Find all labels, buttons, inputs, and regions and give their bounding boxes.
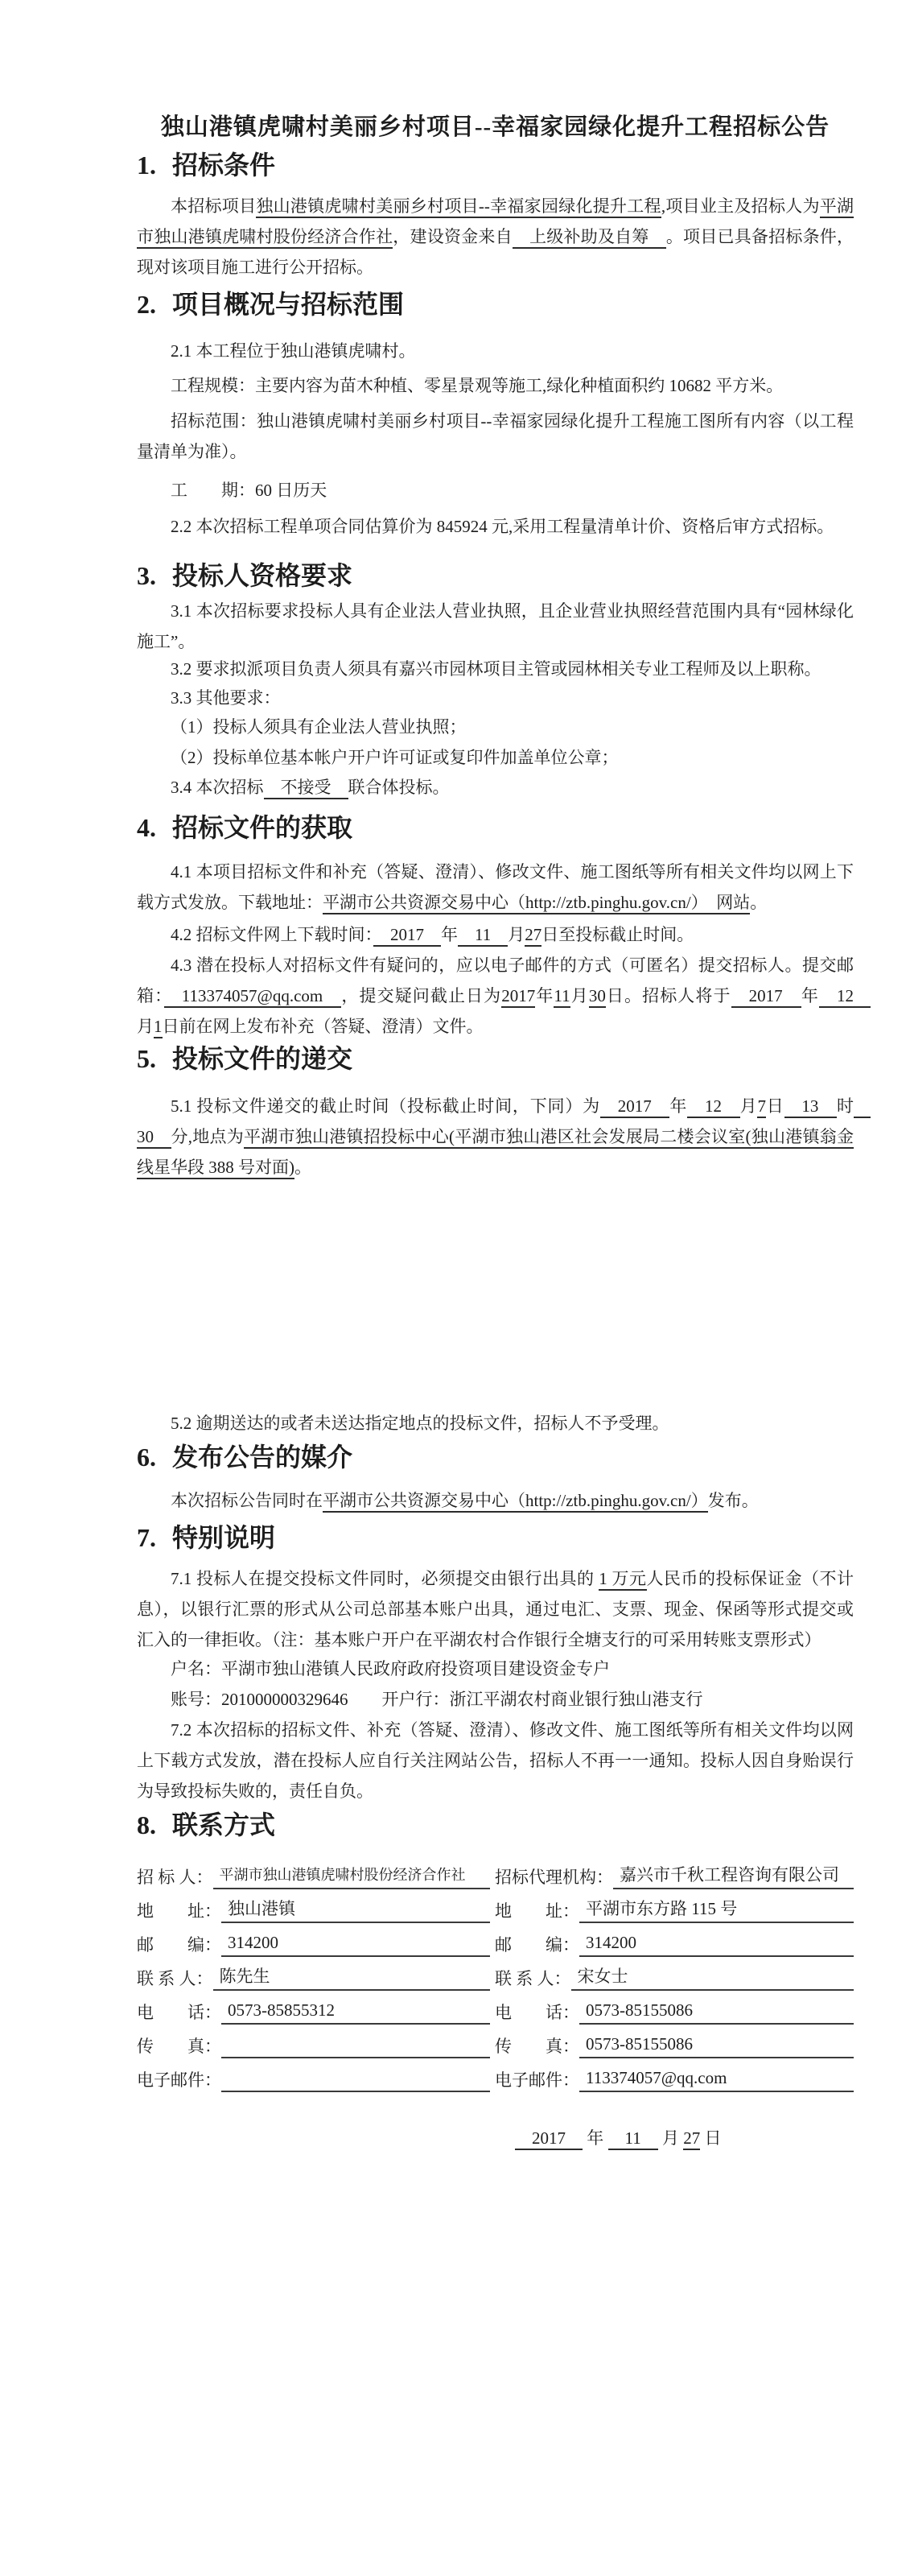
tenderer-fax-label: 传 真：	[137, 2034, 221, 2058]
section-6-title: 发布公告的媒介	[172, 1443, 352, 1472]
agency-person-cell: 联 系 人： 宋女士	[495, 1964, 854, 1991]
section-7-title: 特别说明	[172, 1523, 275, 1552]
para-tender-scope: 招标范围：独山港镇虎啸村美丽乡村项目--幸福家园绿化提升工程施工图所有内容（以工…	[137, 406, 854, 467]
tenderer-phone-value: 0573-85855312	[221, 1998, 490, 2025]
tenderer-fax-value	[221, 2056, 490, 2058]
announcement-date: 2017 年 11 月 27 日	[515, 2123, 721, 2153]
tenderer-postcode-cell: 邮 编： 314200	[137, 1930, 495, 1957]
tenderer-value: 平湖市独山港镇虎啸村股份经济合作社	[213, 1863, 491, 1889]
para-late-bids: 5.2 逾期送达的或者未送达指定地点的投标文件，招标人不予受理。	[137, 1408, 854, 1439]
section-2-number: 2.	[137, 287, 156, 321]
para-other-requirements: 3.3 其他要求：	[137, 683, 854, 713]
section-8-number: 8.	[137, 1808, 156, 1842]
doc-title: 独山港镇虎啸村美丽乡村项目--幸福家园绿化提升工程招标公告	[137, 112, 854, 142]
para-qualification-license: 3.1 本次招标要求投标人具有企业法人营业执照，且企业营业执照经营范围内具有“园…	[137, 596, 854, 657]
section-4-number: 4.	[137, 811, 156, 844]
tenderer-address-label: 地 址：	[137, 1899, 221, 1923]
agency-cell: 招标代理机构： 嘉兴市千秋工程咨询有限公司	[495, 1863, 854, 1889]
section-8-title: 联系方式	[172, 1810, 275, 1839]
para-requirement-1: （1）投标人须具有企业法人营业执照；	[137, 712, 854, 742]
contact-row-postcode: 邮 编： 314200 邮 编： 314200	[137, 1923, 854, 1957]
section-4-heading: 4.招标文件的获取	[137, 811, 854, 844]
contact-row-address: 地 址： 独山港镇 地 址： 平湖市东方路 115 号	[137, 1889, 854, 1923]
tenderer-postcode-label: 邮 编：	[137, 1933, 221, 1957]
agency-phone-value: 0573-85155086	[579, 1998, 854, 2025]
section-5-heading: 5.投标文件的递交	[137, 1042, 854, 1075]
section-1-number: 1.	[137, 148, 156, 182]
section-5-number: 5.	[137, 1042, 156, 1075]
agency-value: 嘉兴市千秋工程咨询有限公司	[613, 1863, 854, 1889]
tenderer-email-label: 电子邮件：	[137, 2068, 221, 2092]
agency-email-label: 电子邮件：	[495, 2068, 579, 2092]
agency-person-label: 联 系 人：	[495, 1967, 571, 1991]
section-5-title: 投标文件的递交	[172, 1044, 352, 1073]
tenderer-address-value: 独山港镇	[221, 1897, 490, 1923]
tenderer-fax-cell: 传 真：	[137, 2034, 495, 2058]
para-bid-bond: 7.1 投标人在提交投标文件同时，必须提交由银行出具的 1 万元人民币的投标保证…	[137, 1563, 854, 1655]
agency-person-value: 宋女士	[571, 1964, 854, 1991]
agency-fax-label: 传 真：	[495, 2034, 579, 2058]
tenderer-person-cell: 联 系 人： 陈先生	[137, 1964, 495, 1991]
section-6-number: 6.	[137, 1440, 156, 1474]
contact-table: 招 标 人： 平湖市独山港镇虎啸村股份经济合作社 招标代理机构： 嘉兴市千秋工程…	[137, 1856, 854, 2092]
section-4-title: 招标文件的获取	[172, 813, 352, 842]
tenderer-person-value: 陈先生	[213, 1964, 491, 1991]
para-no-consortium: 3.4 本次招标 不接受 联合体投标。	[137, 772, 854, 803]
section-1-heading: 1.招标条件	[137, 148, 854, 182]
tenderer-phone-cell: 电 话： 0573-85855312	[137, 1998, 495, 2025]
para-contract-estimate: 2.2 本次招标工程单项合同估算价为 845924 元,采用工程量清单计价、资格…	[137, 511, 854, 542]
tenderer-person-label: 联 系 人：	[137, 1967, 213, 1991]
para-account-number: 账号：201000000329646 开户行：浙江平湖农村商业银行独山港支行	[137, 1684, 854, 1715]
tenderer-address-cell: 地 址： 独山港镇	[137, 1897, 495, 1923]
agency-address-cell: 地 址： 平湖市东方路 115 号	[495, 1897, 854, 1923]
agency-fax-value: 0573-85155086	[579, 2032, 854, 2058]
tenderer-cell: 招 标 人： 平湖市独山港镇虎啸村股份经济合作社	[137, 1863, 495, 1889]
section-3-title: 投标人资格要求	[172, 561, 352, 590]
para-announcement-media: 本次招标公告同时在平湖市公共资源交易中心（http://ztb.pinghu.g…	[137, 1485, 854, 1516]
section-1-title: 招标条件	[172, 151, 275, 180]
agency-postcode-cell: 邮 编： 314200	[495, 1930, 854, 1957]
para-bid-deadline: 5.1 投标文件递交的截止时间（投标截止时间，下同）为 2017 年 12 月7…	[137, 1091, 854, 1183]
section-8-heading: 8.联系方式	[137, 1808, 854, 1842]
agency-phone-cell: 电 话： 0573-85155086	[495, 1998, 854, 2025]
para-document-download: 4.1 本项目招标文件和补充（答疑、澄清）、修改文件、施工图纸等所有相关文件均以…	[137, 857, 854, 918]
agency-email-value: 113374057@qq.com	[579, 2066, 854, 2092]
section-3-number: 3.	[137, 559, 156, 592]
agency-postcode-value: 314200	[579, 1930, 854, 1957]
section-7-number: 7.	[137, 1521, 156, 1554]
para-requirement-2: （2）投标单位基本帐户开户许可证或复印件加盖单位公章；	[137, 742, 854, 773]
para-tender-conditions: 本招标项目独山港镇虎啸村美丽乡村项目--幸福家园绿化提升工程,项目业主及招标人为…	[137, 191, 854, 283]
section-3-heading: 3.投标人资格要求	[137, 559, 854, 592]
para-account-name: 户名：平湖市独山港镇人民政府政府投资项目建设资金专户	[137, 1653, 854, 1684]
para-project-scale: 工程规模：主要内容为苗木种植、零星景观等施工,绿化种植面积约 10682 平方米…	[137, 370, 854, 401]
contact-row-email: 电子邮件： 电子邮件： 113374057@qq.com	[137, 2058, 854, 2092]
agency-fax-cell: 传 真： 0573-85155086	[495, 2032, 854, 2058]
tenderer-label: 招 标 人：	[137, 1865, 213, 1889]
tender-announcement-document: 独山港镇虎啸村美丽乡村项目--幸福家园绿化提升工程招标公告 1.招标条件 本招标…	[0, 0, 910, 2576]
para-question-submission: 4.3 潜在投标人对招标文件有疑问的，应以电子邮件的方式（可匿名）提交招标人。提…	[137, 950, 854, 1042]
tenderer-postcode-value: 314200	[221, 1930, 490, 1957]
section-2-heading: 2.项目概况与招标范围	[137, 287, 854, 321]
tenderer-email-value	[221, 2090, 490, 2092]
contact-row-fax: 传 真： 传 真： 0573-85155086	[137, 2025, 854, 2058]
para-qualification-manager: 3.2 要求拟派项目负责人须具有嘉兴市园林项目主管或园林相关专业工程师及以上职称…	[137, 654, 854, 684]
agency-postcode-label: 邮 编：	[495, 1933, 579, 1957]
agency-email-cell: 电子邮件： 113374057@qq.com	[495, 2066, 854, 2092]
para-project-location: 2.1 本工程位于独山港镇虎啸村。	[137, 336, 854, 366]
agency-phone-label: 电 话：	[495, 2000, 579, 2025]
contact-row-phone: 电 话： 0573-85855312 电 话： 0573-85155086	[137, 1991, 854, 2025]
section-2-title: 项目概况与招标范围	[172, 290, 404, 319]
section-7-heading: 7.特别说明	[137, 1521, 854, 1554]
contact-row-person: 联 系 人： 陈先生 联 系 人： 宋女士	[137, 1957, 854, 1991]
tenderer-email-cell: 电子邮件：	[137, 2068, 495, 2092]
section-6-heading: 6.发布公告的媒介	[137, 1440, 854, 1474]
para-download-time: 4.2 招标文件网上下载时间： 2017 年 11 月27日至投标截止时间。	[137, 919, 854, 950]
para-website-notice: 7.2 本次招标的招标文件、补充（答疑、澄清）、修改文件、施工图纸等所有相关文件…	[137, 1715, 854, 1806]
para-project-duration: 工 期：60 日历天	[137, 475, 854, 506]
agency-address-label: 地 址：	[495, 1899, 579, 1923]
contact-row-tenderer: 招 标 人： 平湖市独山港镇虎啸村股份经济合作社 招标代理机构： 嘉兴市千秋工程…	[137, 1856, 854, 1889]
agency-label: 招标代理机构：	[495, 1865, 613, 1889]
agency-address-value: 平湖市东方路 115 号	[579, 1897, 854, 1923]
tenderer-phone-label: 电 话：	[137, 2000, 221, 2025]
